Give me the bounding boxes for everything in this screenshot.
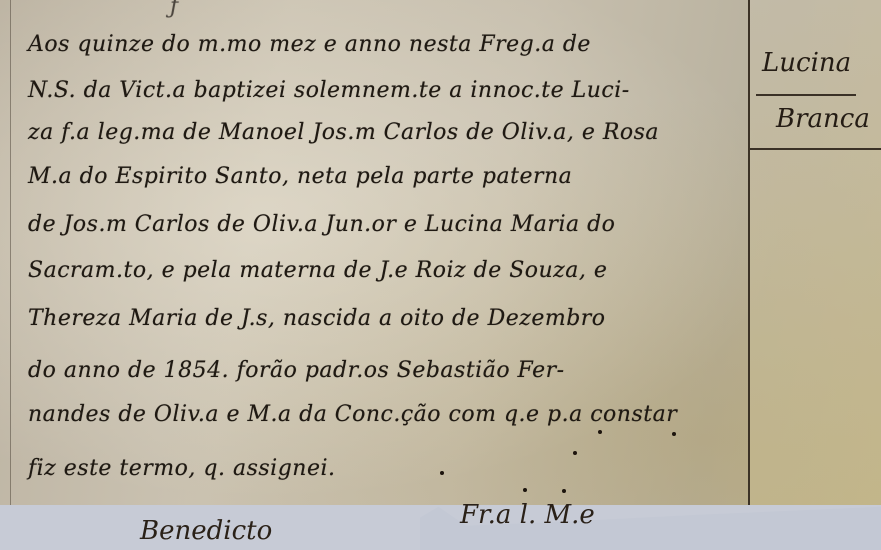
body-line-10: fiz este termo, q. assignei. xyxy=(28,456,336,481)
ink-dot xyxy=(562,489,566,493)
signature-right: Fr.a l. M.e xyxy=(460,500,595,530)
ink-dot xyxy=(672,432,676,436)
body-line-2: N.S. da Vict.a baptizei solemnem.te a in… xyxy=(28,78,630,103)
margin-underline-1 xyxy=(756,94,856,96)
left-page-rule xyxy=(10,0,11,550)
faded-previous-line: ƒ xyxy=(170,0,179,19)
ink-dot xyxy=(440,471,444,475)
body-line-4: M.a do Espirito Santo, neta pela parte p… xyxy=(28,164,572,189)
ink-dot xyxy=(598,430,602,434)
margin-rule xyxy=(748,0,750,510)
margin-name: Lucina xyxy=(762,48,851,78)
body-line-5: de Jos.m Carlos de Oliv.a Jun.or e Lucin… xyxy=(28,212,615,237)
ink-dot xyxy=(573,451,577,455)
body-line-6: Sacram.to, e pela materna de J.e Roiz de… xyxy=(28,258,607,283)
ink-dot xyxy=(523,488,527,492)
margin-race: Branca xyxy=(776,104,870,134)
margin-underline-2 xyxy=(750,148,881,150)
body-line-7: Thereza Maria de J.s, nascida a oito de … xyxy=(28,306,606,331)
body-line-3: za f.a leg.ma de Manoel Jos.m Carlos de … xyxy=(28,120,659,145)
signature-left: Benedicto xyxy=(140,516,272,546)
body-line-1: Aos quinze do m.mo mez e anno nesta Freg… xyxy=(28,32,591,57)
body-line-9: nandes de Oliv.a e M.a da Conc.ção com q… xyxy=(28,402,677,427)
body-line-8: do anno de 1854. forão padr.os Sebastião… xyxy=(28,358,565,383)
